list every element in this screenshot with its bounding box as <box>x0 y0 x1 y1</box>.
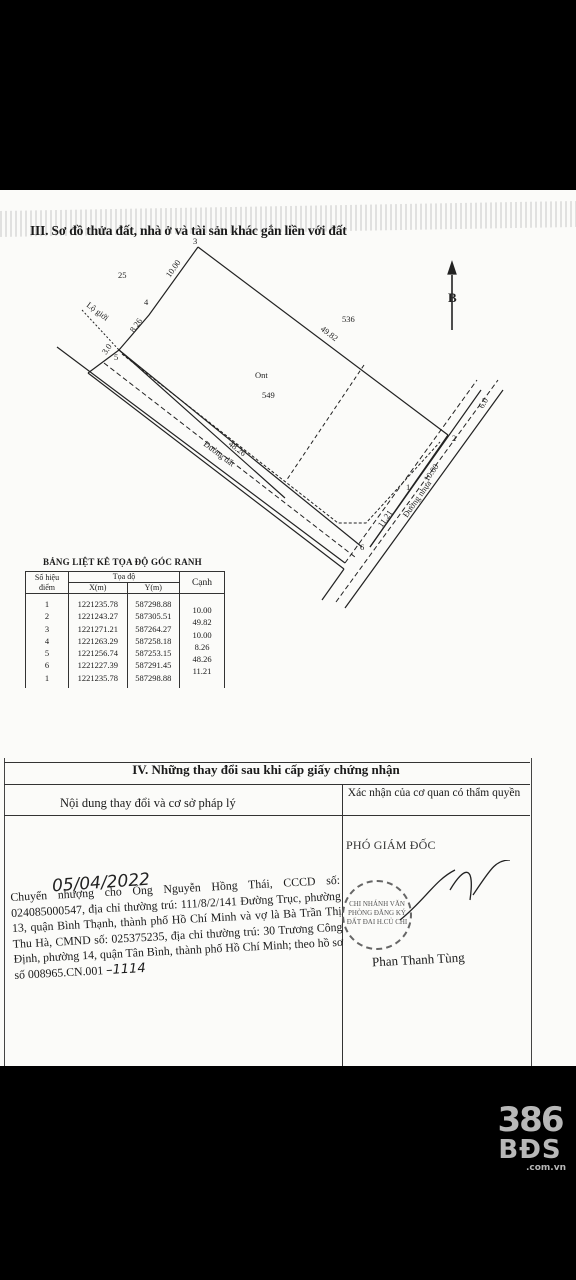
point-5: 5 <box>114 352 118 362</box>
table-cell: 6 <box>26 659 68 671</box>
table-cell: 2 <box>26 610 68 622</box>
edge-column: 10.0049.8210.008.2648.2611.21 <box>180 594 225 689</box>
coord-table-title: BẢNG LIỆT KÊ TỌA ĐỘ GÓC RANH <box>43 557 202 567</box>
table-cell: 587305.51 <box>128 610 180 622</box>
edge-6-1: 11.21 <box>375 508 394 529</box>
document-page: III. Sơ đồ thửa đất, nhà ở và tài sản kh… <box>0 190 576 1066</box>
table-cell: 1221243.27 <box>69 610 127 622</box>
point-2: 2 <box>452 433 456 443</box>
table-cell: 587291.45 <box>128 659 180 671</box>
table-cell: 1221235.78 <box>69 672 127 684</box>
table-cell: 587258.18 <box>128 635 180 647</box>
parcel-type: Ont <box>255 370 268 380</box>
setback-label: Lộ giới <box>85 300 112 323</box>
table-cell: 1221227.39 <box>69 659 127 671</box>
coord-table: Số hiệu điểm Tọa độ Cạnh X(m) Y(m) 12345… <box>25 571 225 688</box>
x-column: 1221235.781221243.271221271.211221263.29… <box>69 594 128 689</box>
handwritten-suffix: –1114 <box>106 961 146 978</box>
neighbor-parcel-536: 536 <box>342 314 355 324</box>
header-x: X(m) <box>69 583 128 594</box>
table-cell: 587298.88 <box>128 672 180 684</box>
table-cell: 587298.88 <box>128 598 180 610</box>
edge-4-5: 8.26 <box>127 316 144 334</box>
y-column: 587298.88587305.51587264.27587258.185872… <box>127 594 180 689</box>
table-cell: 10.00 <box>180 604 224 616</box>
table-cell: 587253.15 <box>128 647 180 659</box>
table-cell: 4 <box>26 635 68 647</box>
point-4: 4 <box>144 297 149 307</box>
col-right-header: Xác nhận của cơ quan có thẩm quyền <box>346 787 522 799</box>
table-cell: 1221235.78 <box>69 598 127 610</box>
table-cell: 1 <box>26 598 68 610</box>
section4-title: IV. Những thay đổi sau khi cấp giấy chứn… <box>6 762 526 778</box>
section4-title-divider <box>4 784 530 785</box>
table-cell: 11.21 <box>180 665 224 677</box>
point-1: 1 <box>406 482 410 492</box>
table-cell: 1221271.21 <box>69 623 127 635</box>
signature <box>395 860 515 930</box>
north-label: B <box>448 290 457 305</box>
table-cell: 10.00 <box>180 629 224 641</box>
header-edge: Cạnh <box>180 572 225 594</box>
point-column: 1234561 <box>26 594 69 689</box>
land-plot-diagram: B 25 536 Ont 549 3 4 5 6 2 1 10.00 8.26 … <box>0 190 576 610</box>
table-cell: 8.26 <box>180 641 224 653</box>
header-point: Số hiệu điểm <box>26 572 69 594</box>
table-cell: 587264.27 <box>128 623 180 635</box>
change-content: Chuyển nhượng cho Ông Nguyễn Hồng Thái, … <box>10 873 344 983</box>
point-3: 3 <box>193 236 197 246</box>
table-cell: 3 <box>26 623 68 635</box>
neighbor-parcel-25: 25 <box>118 270 127 280</box>
setback-value: 3.0 <box>99 342 113 356</box>
header-divider <box>4 815 530 816</box>
logo-number: 386 <box>490 1103 570 1137</box>
col-left-header: Nội dung thay đổi và cơ sở pháp lý <box>60 796 236 811</box>
table-body: 1234561 1221235.781221243.271221271.2112… <box>26 594 225 689</box>
logo-brand: BĐS <box>490 1137 570 1163</box>
signer-title: PHÓ GIÁM ĐỐC <box>346 838 436 853</box>
table-cell: 5 <box>26 647 68 659</box>
change-text: Chuyển nhượng cho Ông Nguyễn Hồng Thái, … <box>10 873 344 982</box>
point-6: 6 <box>360 542 364 552</box>
table-cell: 48.26 <box>180 653 224 665</box>
table-cell: 1221263.29 <box>69 635 127 647</box>
table-cell: 49.82 <box>180 616 224 628</box>
parcel-area: 549 <box>262 390 275 400</box>
edge-3-4: 10.00 <box>163 258 182 279</box>
header-y: Y(m) <box>127 583 180 594</box>
table-cell: 1221256.74 <box>69 647 127 659</box>
header-coords: Tọa độ <box>69 572 180 583</box>
watermark-logo: 386 BĐS .com.vn <box>490 1103 570 1173</box>
table-cell: 1 <box>26 672 68 684</box>
